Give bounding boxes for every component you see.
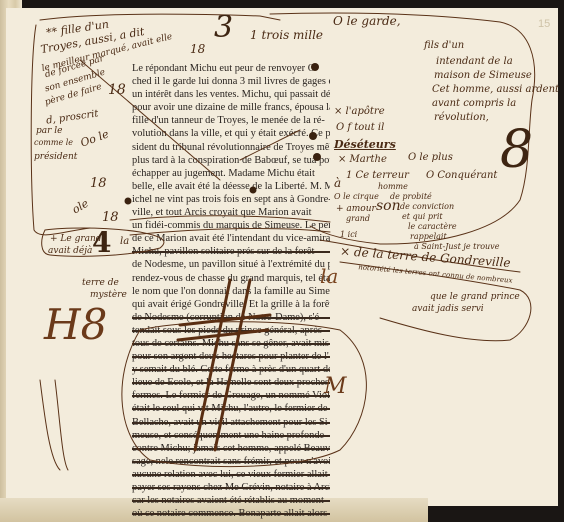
printed-line: ichel ne vint pas trois fois en sept ans…: [132, 193, 330, 206]
annotation-right-6: révolution,: [434, 112, 489, 123]
annotation-number-8: 8: [500, 120, 533, 180]
annotation-son: son: [376, 198, 401, 214]
printed-line: échapper au jugement. Madame Michu était: [132, 167, 330, 180]
annotation-left-2: par le: [36, 126, 63, 136]
printed-line: tendait sous les pieds du prince général…: [132, 324, 330, 337]
annotation-grand: grand: [346, 214, 370, 223]
annotation-la: la: [120, 236, 129, 247]
annotation-right-5: avant compris la: [432, 98, 516, 109]
annotation-grand-prince: que le grand prince: [430, 292, 520, 302]
annotation-m-mark: M: [324, 374, 347, 399]
printed-line: de Nodesme (corruption de Notre-Dame), s…: [132, 311, 330, 324]
annotation-far-right-1: la: [320, 264, 338, 288]
annotation-le-cirque: O le cirque: [334, 192, 379, 201]
annotation-left-18-c: 18: [102, 210, 119, 225]
printed-line: un fidéi-commis du marquis de Simeuse. L…: [132, 219, 330, 232]
printed-line: tous de certains. Michu sans se gêner, a…: [132, 337, 330, 350]
printed-line: fermes. Le fermier de Grouage, un nommé …: [132, 389, 330, 402]
printed-line: y semait du blé. Cette ferme à près d'un…: [132, 363, 330, 376]
printed-line: sident du tribunal révolutionnaire de Tr…: [132, 141, 330, 154]
annotation-left-18-a: 18: [108, 82, 126, 98]
annotation-mystere: mystère: [90, 290, 127, 300]
printed-line: Michu, pavillon solitaire prés sur de la…: [132, 245, 330, 258]
annotation-ce-terreur: 1 Ce terreur: [346, 170, 409, 181]
annotation-right-2: intendant de la: [436, 56, 513, 67]
annotation-number-4: 4: [92, 226, 111, 259]
annotation-tout-il: O f tout il: [336, 122, 384, 133]
printed-line: payer ses rayons chez Me Grévin, notaire…: [132, 481, 330, 494]
printed-line: rendez-vous de chasse du grand marquis, …: [132, 272, 330, 285]
printed-line: Le répondant Michu eut peur de renvoyer …: [132, 62, 330, 75]
annotation-left-4: président: [34, 152, 77, 162]
annotation-jadis-servi: avait jadis servi: [412, 304, 484, 314]
printed-line: où ce notaire commence. Bonaparte allait…: [132, 507, 330, 520]
annotation-homme: homme: [378, 182, 408, 191]
printed-line: ched il le garde lui donna 3 mil livres …: [132, 75, 330, 88]
printed-text-block: Le répondant Michu eut peur de renvoyer …: [132, 62, 330, 520]
annotation-conviction: de conviction: [400, 202, 454, 211]
annotation-terre-de: terre de: [82, 278, 119, 288]
annotation-right-4: Cet homme, aussi ardent: [432, 84, 559, 95]
annotation-right-3: maison de Simeuse: [434, 70, 532, 81]
printed-line: pour avoir une dizaine de mille francs, …: [132, 101, 330, 114]
annotation-h8-mark: H8: [44, 300, 107, 349]
annotation-left-3: comme le: [34, 138, 73, 147]
annotation-right-1: fils d'un: [424, 40, 464, 51]
printed-line: fille d'un tanneur de Troyes, le menée d…: [132, 114, 330, 127]
printed-line: contre Michu; jamais cet homme, appelé B…: [132, 442, 330, 455]
printed-line: aucune relation avec lui, ce vieux fermi…: [132, 468, 330, 481]
annotation-top-18: 18: [190, 42, 205, 56]
printed-line: meuse, et conséquemment une haine profon…: [132, 429, 330, 442]
printed-line: volution dans la ville, et qui y était e…: [132, 127, 330, 140]
printed-line: ville, et tout Arcis croyait que Marion …: [132, 206, 330, 219]
annotation-apotre: × l'apôtre: [334, 106, 385, 117]
printed-line: plus tard à la conspiration de Babœuf, s…: [132, 154, 330, 167]
annotation-caractere: le caractère: [408, 222, 457, 231]
annotation-a: à: [334, 176, 341, 190]
printed-line: qui avait érigé Gondreville. Et la grill…: [132, 298, 330, 311]
annotation-left-18-b: 18: [90, 176, 107, 191]
printed-line: belle, elle avait été la déesse de la Li…: [132, 180, 330, 193]
printed-line: de Nodesme, un pavillon situé à l'extrém…: [132, 258, 330, 271]
printed-line: était le seul qui vit Michu, l'autre, le…: [132, 402, 330, 415]
printed-line: un intérêt dans les ventes. Michu, qui p…: [132, 88, 330, 101]
printed-line: le nom que l'on donnait dans la famille …: [132, 285, 330, 298]
annotation-amour: + amour: [336, 204, 376, 214]
printed-line: car les notaires avaient été rétablis au…: [132, 494, 330, 507]
scan-bottom-corner: [428, 506, 564, 522]
printed-line: lieue de Ecole, et la Hamelle sont deux …: [132, 376, 330, 389]
annotation-number-3: 3: [214, 10, 233, 45]
printed-line: sage, nele rencontrait sans frémir, et p…: [132, 455, 330, 468]
annotation-le-plus: O le plus: [408, 152, 453, 163]
annotation-marthe: × Marthe: [338, 154, 387, 165]
annotation-conquerant: O Conquérant: [426, 170, 497, 181]
annotation-rappelait: rappelait: [410, 232, 447, 241]
page-number: 15: [538, 18, 550, 30]
printed-line: Bellache, avait un vieil attachement pou…: [132, 416, 330, 429]
annotation-trois-mille: 1 trois mille: [250, 28, 323, 42]
annotation-avait-deja: avait déjà: [48, 246, 92, 256]
annotation-le-garde: O le garde,: [333, 14, 401, 28]
printed-line: pour son argent deux hectares pour plant…: [132, 350, 330, 363]
annotation-qui-prit: et qui prit: [402, 212, 443, 221]
annotation-desert: Déséteurs: [334, 138, 396, 151]
annotation-ici: 1 ici: [340, 230, 357, 239]
printed-line: de ce Marion avait été l'intendant du vi…: [132, 232, 330, 245]
